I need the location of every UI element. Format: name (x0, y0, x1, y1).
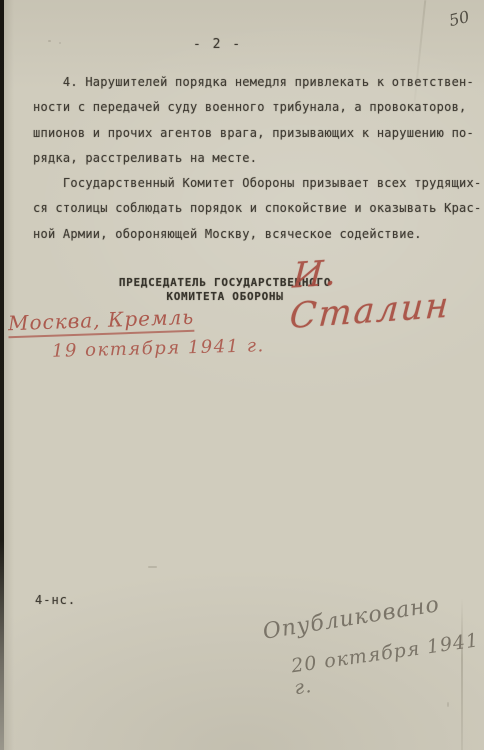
decree-body-text: 4. Нарушителей порядка немедля привлекат… (33, 70, 477, 247)
archive-page-number: 50 (447, 7, 471, 30)
handwritten-date-signed: 19 октября 1941 г. (52, 335, 265, 362)
typed-text-line: рядка, расстреливать на месте. (33, 146, 477, 171)
scan-edge-strip (0, 0, 4, 750)
paper-speck (48, 40, 51, 42)
stalin-autograph: И. Сталин (288, 243, 484, 337)
paper-speck (148, 566, 157, 568)
handwritten-published-date: 20 октября 1941 г. (290, 629, 484, 699)
typed-text-line: ной Армии, обороняющей Москву, всяческое… (33, 222, 477, 247)
typed-text-line: Государственный Комитет Обороны призывае… (33, 171, 477, 196)
typed-text-line: ся столицы соблюдать порядок и спокойств… (33, 196, 477, 221)
handwritten-published-note: Опубликовано (261, 592, 441, 645)
paper-speck (59, 42, 61, 44)
typist-mark: 4-нс. (35, 593, 76, 607)
typed-text-line: шпионов и прочих агентов врага, призываю… (33, 121, 477, 146)
handwritten-place: Москва, Кремль (8, 305, 195, 338)
typed-text-line: 4. Нарушителей порядка немедля привлекат… (33, 70, 477, 95)
typed-text-line: ности с передачей суду военного трибунал… (33, 95, 477, 120)
paper-speck (447, 702, 449, 707)
paper-crease (461, 598, 463, 750)
page-number: - 2 - (193, 37, 242, 52)
document-page: 50 - 2 - 4. Нарушителей порядка немедля … (0, 0, 484, 750)
